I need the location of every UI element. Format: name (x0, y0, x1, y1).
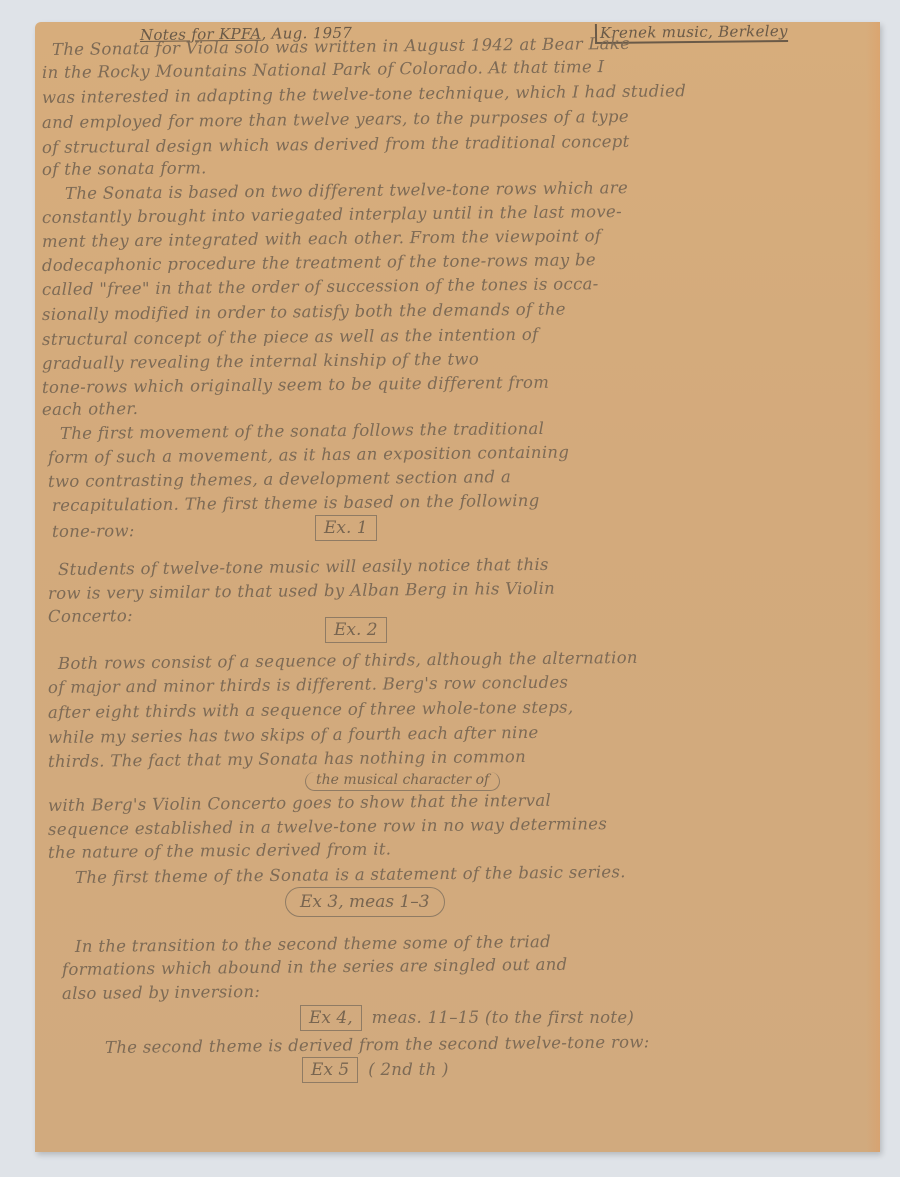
manuscript-line: after eight thirds with a sequence of th… (48, 697, 574, 722)
manuscript-line: In the transition to the second theme so… (75, 932, 551, 956)
example-label: Ex. 2 (325, 617, 387, 643)
manuscript-line: ment they are integrated with each other… (42, 226, 601, 251)
manuscript-line: of major and minor thirds is different. … (48, 673, 568, 697)
example-label: Ex 3, meas 1–3 (285, 887, 445, 917)
manuscript-line: the nature of the music derived from it. (48, 839, 391, 862)
manuscript-line: The Sonata is based on two different twe… (65, 178, 628, 203)
manuscript-line: of the sonata form. (42, 158, 207, 179)
manuscript-line: of structural design which was derived f… (42, 132, 630, 157)
manuscript-line: sionally modified in order to satisfy bo… (42, 300, 566, 324)
manuscript-line: Both rows consist of a sequence of third… (58, 648, 638, 673)
manuscript-line: each other. (42, 399, 138, 419)
inserted-note: the musical character of (305, 772, 500, 791)
example-ref-ex4: Ex 4,meas. 11–15 (to the first note) (300, 1008, 634, 1028)
manuscript-line: structural concept of the piece as well … (42, 325, 539, 349)
manuscript-line: The first theme of the Sonata is a state… (75, 862, 626, 887)
example-label: Ex 5 (302, 1057, 358, 1083)
manuscript-line: thirds. The fact that my Sonata has noth… (48, 747, 526, 771)
manuscript-line: row is very similar to that used by Alba… (48, 579, 555, 603)
manuscript-line: The Sonata for Viola solo was written in… (52, 34, 630, 59)
example-ref-ex5: Ex 5( 2nd th ) (302, 1060, 449, 1080)
example-ref-ex1: Ex. 1 (315, 518, 377, 538)
manuscript-line: constantly brought into variegated inter… (42, 202, 622, 227)
manuscript-page: Notes for KPFA, Aug. 1957 Krenek music, … (35, 22, 880, 1152)
manuscript-line: with Berg's Violin Concerto goes to show… (48, 791, 551, 815)
manuscript-line: Concerto: (48, 606, 133, 626)
manuscript-line: and employed for more than twelve years,… (42, 107, 629, 132)
example-label: Ex. 1 (315, 515, 377, 541)
inserted-note-text: the musical character of (316, 772, 489, 788)
manuscript-line: while my series has two skips of a fourt… (48, 723, 539, 747)
manuscript-line: The first movement of the sonata follows… (60, 419, 544, 443)
example-ref-ex3: Ex 3, meas 1–3 (285, 892, 445, 912)
example-label: Ex 4, (300, 1005, 362, 1031)
example-suffix: ( 2nd th ) (368, 1060, 449, 1079)
manuscript-line: recapitulation. The first theme is based… (52, 491, 540, 515)
example-ref-ex2: Ex. 2 (325, 620, 387, 640)
manuscript-line: sequence established in a twelve-tone ro… (48, 814, 607, 839)
manuscript-line: called "free" in that the order of succe… (42, 274, 599, 299)
manuscript-line: dodecaphonic procedure the treatment of … (42, 250, 596, 275)
manuscript-line: in the Rocky Mountains National Park of … (42, 57, 605, 82)
manuscript-line: form of such a movement, as it has an ex… (48, 443, 569, 467)
manuscript-line: formations which abound in the series ar… (62, 955, 568, 979)
manuscript-line: tone-row: (52, 521, 135, 541)
manuscript-line: two contrasting themes, a development se… (48, 467, 511, 491)
manuscript-line: Students of twelve-tone music will easil… (58, 555, 549, 579)
manuscript-line: was interested in adapting the twelve-to… (42, 81, 686, 107)
manuscript-line: The second theme is derived from the sec… (105, 1032, 650, 1057)
example-suffix: meas. 11–15 (to the first note) (372, 1008, 635, 1027)
manuscript-line: gradually revealing the internal kinship… (42, 349, 479, 373)
manuscript-line: also used by inversion: (62, 982, 260, 1003)
manuscript-line: tone-rows which originally seem to be qu… (42, 373, 549, 397)
